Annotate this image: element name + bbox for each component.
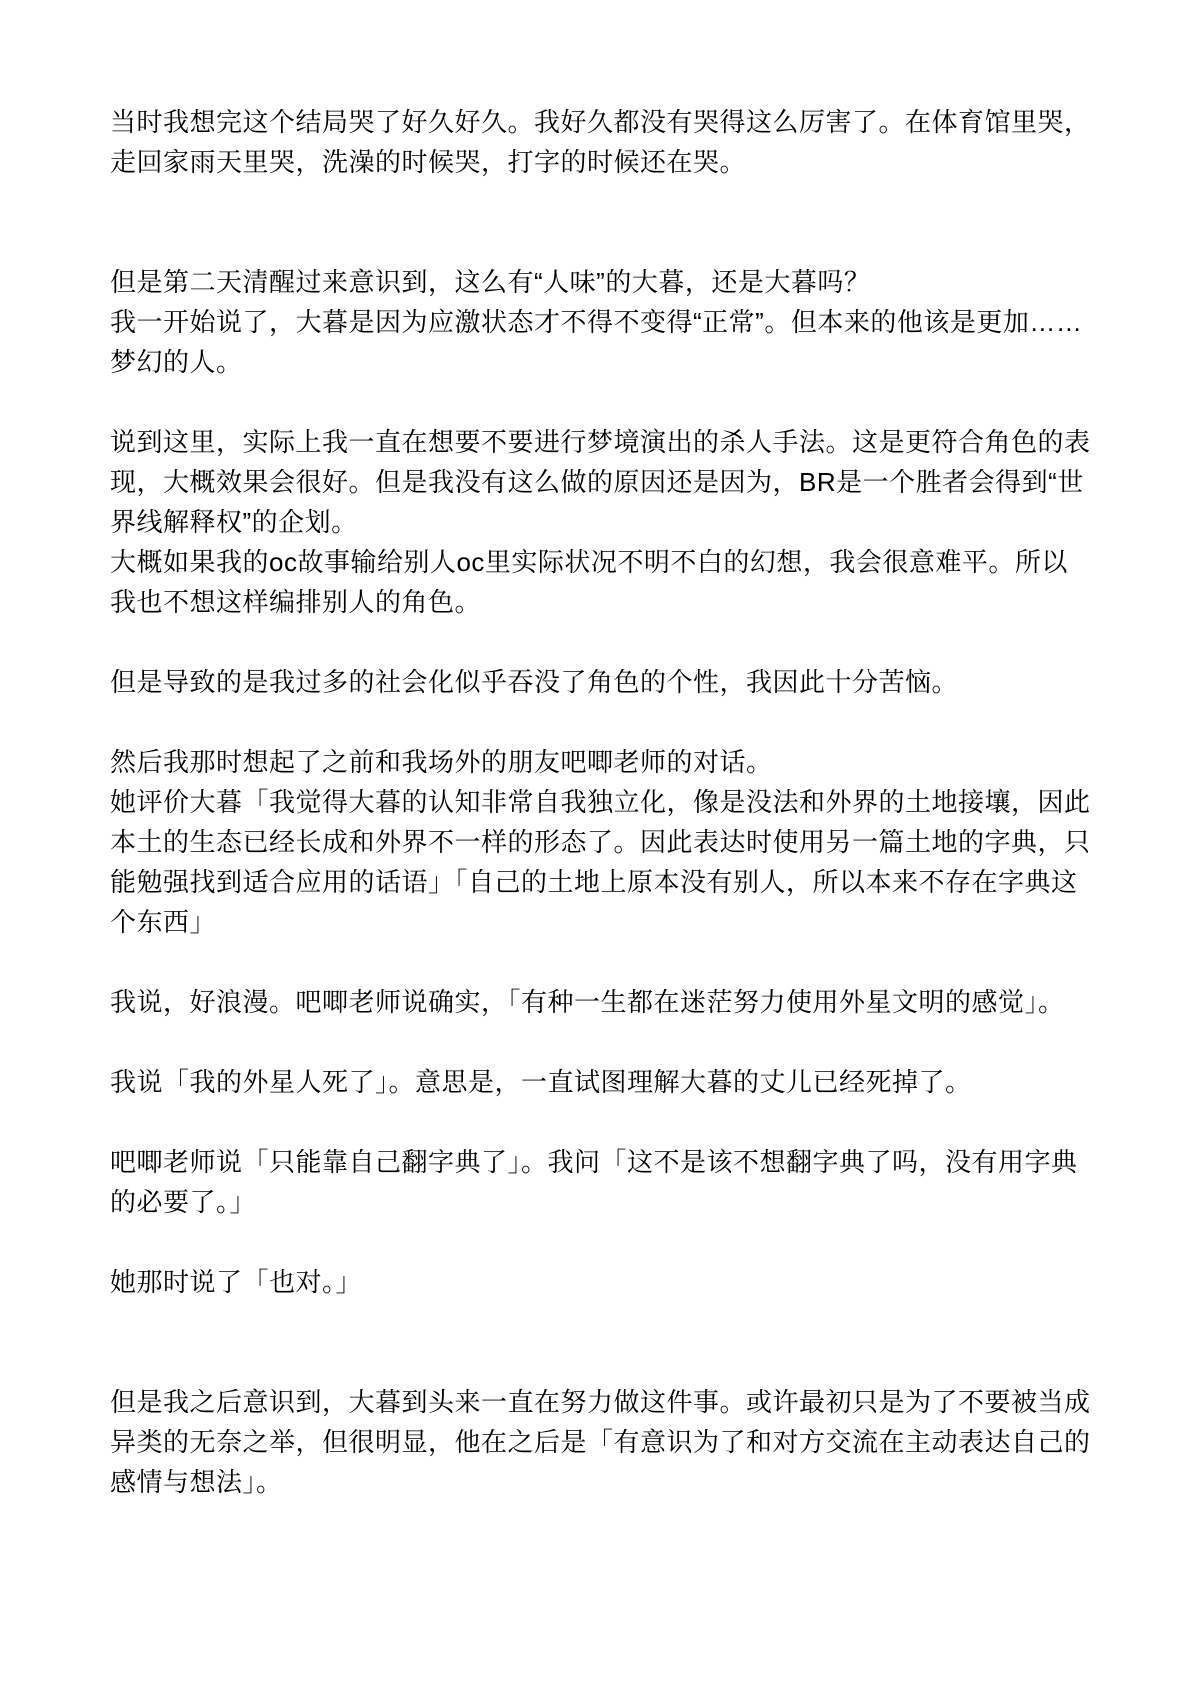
paragraph-socialization-worry: 但是导致的是我过多的社会化似乎吞没了角色的个性，我因此十分苦恼。 [110, 662, 1110, 702]
paragraph-final-realization: 但是我之后意识到，大暮到头来一直在努力做这件事。或许最初只是为了不要被当成 异类… [110, 1382, 1110, 1502]
paragraph-next-day-realization: 但是第二天清醒过来意识到，这么有“人味”的大暮，还是大暮吗？ 我一开始说了，大暮… [110, 262, 1110, 382]
paragraph-dictionary-question: 吧唧老师说「只能靠自己翻字典了」。我问「这不是该不想翻字典了吗，没有用字典 的必… [110, 1142, 1110, 1222]
paragraph-my-alien-died: 我说「我的外星人死了」。意思是，一直试图理解大暮的丈儿已经死掉了。 [110, 1062, 1110, 1102]
paragraph-friend-dialogue: 然后我那时想起了之前和我场外的朋友吧唧老师的对话。 她评价大暮「我觉得大暮的认知… [110, 742, 1110, 942]
document-page: 当时我想完这个结局哭了好久好久。我好久都没有哭得这么厉害了。在体育馆里哭， 走回… [0, 0, 1190, 1683]
paragraph-crying: 当时我想完这个结局哭了好久好久。我好久都没有哭得这么厉害了。在体育馆里哭， 走回… [110, 102, 1110, 182]
paragraph-romantic-alien: 我说，好浪漫。吧唧老师说确实，「有种一生都在迷茫努力使用外星文明的感觉」。 [110, 982, 1110, 1022]
paragraph-dream-murder-method: 说到这里，实际上我一直在想要不要进行梦境演出的杀人手法。这是更符合角色的表 现，… [110, 422, 1110, 622]
paragraph-she-agreed: 她那时说了「也对。」 [110, 1262, 1110, 1302]
